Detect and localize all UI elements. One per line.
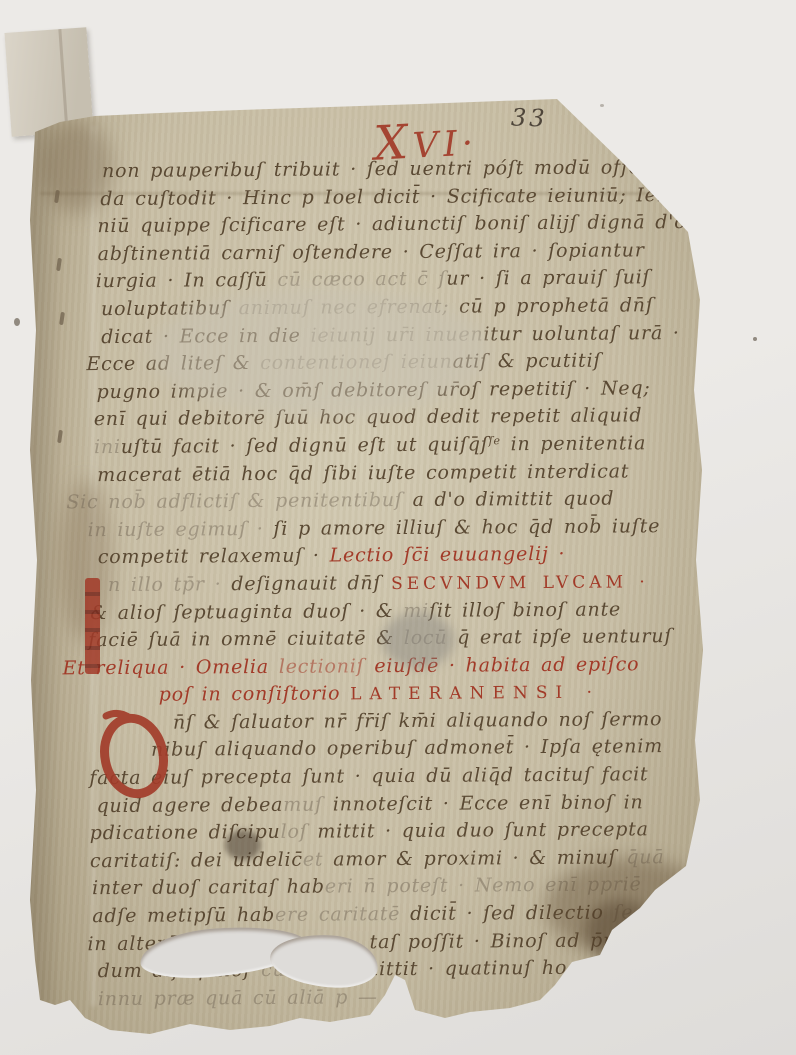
text-segment: innoteſcit · Ecce enī binoſ in (323, 791, 644, 815)
text-line: nibuſ aliquando operibuſ admonet̄ · Ipſa… (151, 735, 701, 766)
text-segment: ere caritatē (275, 903, 410, 926)
stitch-mark (57, 430, 63, 443)
text-segment: q̄ erat ipſe uenturuſ (457, 625, 672, 649)
initial-d (88, 704, 176, 800)
photo-background: 33 XVI· non pauperibuſ tribuit · ſed uen… (0, 0, 796, 1055)
dust-speck (600, 104, 604, 107)
text-segment: cū p prophetā dn̄ſ (449, 294, 653, 317)
binding-stub-fold (58, 29, 68, 133)
text-line: niū quippe ſcificare eſt · adiunctiſ bon… (97, 211, 697, 243)
text-segment: LATERANENSI · (350, 683, 600, 705)
stitch-mark (59, 312, 65, 325)
text-line: pdicatione diſcipuloſ mittit · quia duo … (90, 818, 702, 850)
text-segment: uſtū facit · ſed dignū eſt ut quiſq̄ſ (121, 433, 489, 458)
text-line: n̄ſ & ſaluator nr̄ fr̄iſ km̄i aliquando … (173, 708, 701, 739)
text-line: n illo tp̄r · deſignauit dn̄ſ SECVNDVM L… (108, 570, 700, 602)
text-segment: competit relaxemuſ · (98, 545, 330, 569)
text-segment: caritatiſ: dei uidelic̄ (90, 849, 303, 872)
text-segment: muſ (283, 793, 323, 815)
text-line: innu præ quā cū aliā p — ū (98, 984, 703, 1016)
text-segment: macerat ētiā hoc q̄d ſibi iuſte competit… (97, 460, 629, 486)
text-line: da cuſtodit · Hinc p Ioel dicit̄ · Scifi… (100, 184, 697, 216)
manuscript-leaf: 33 XVI· non pauperibuſ tribuit · ſed uen… (28, 96, 710, 1044)
dust-speck (14, 318, 20, 326)
text-segment: loſ (280, 821, 317, 843)
text-segment: n illo tp̄r · (108, 573, 222, 596)
text-segment: Lectio ſc̄i euuangelij · (330, 543, 566, 567)
text-line: poſ in conſiſtorio LATERANENSI · (159, 680, 701, 711)
text-line: quid agere debeamuſ innoteſcit · Ecce en… (96, 791, 701, 823)
text-segment: mittit · quatinuſ hoc nob̄ (360, 957, 636, 981)
text-segment: deſignauit dn̄ſ (221, 572, 391, 595)
text-segment: niū quippe ſcificare eſt · adiunctiſ bon… (97, 211, 686, 237)
text-segment: & alioſ ſeptuaginta duoſ · & (90, 599, 403, 623)
stitch-mark (56, 258, 62, 271)
text-segment: ini (94, 436, 121, 458)
text-segment: ſi p amore illiuſ & hoc q̄d nob̄ iuſte (264, 515, 661, 540)
text-segment: faciē ſuā in omnē ciuitatē & (88, 627, 404, 651)
text-segment: cep (632, 929, 669, 951)
text-segment: non pauperibuſ tribuit · ſed uentri póſt… (102, 156, 651, 182)
text-segment: ſit illoſ binoſ ante (429, 598, 621, 621)
text-segment: mittit · quia duo ſunt precepta (317, 819, 649, 843)
text-segment: abſtinentiā carniſ oſtendere · Ceſſat ir… (98, 239, 645, 265)
text-segment: ur · ſi a prauiſ ſuiſ (446, 267, 650, 290)
initial-d-letter (88, 704, 176, 800)
text-segment: iurgia · In caſſū (96, 269, 278, 292)
text-segment: inter duoſ caritaſ hab (92, 876, 325, 900)
text-line: iniuſtū facit · ſed dignū eſt ut quiſq̄ſ… (94, 432, 699, 464)
text-segment: SECVNDVM LVCAM · (391, 572, 649, 594)
text-segment: nibuſ aliquando operibuſ admonet̄ · Ipſa… (151, 736, 663, 762)
text-segment: a d'o dimittit quod (403, 488, 615, 511)
text-segment: itur uoluntaſ urā · (483, 322, 679, 345)
text-segment: innu præ quā cū aliā p — ū (98, 986, 401, 1010)
folio-number: 33 (511, 103, 549, 132)
text-segment: n̄ſ & ſaluator nr̄ fr̄iſ km̄i aliquando … (173, 708, 663, 733)
text-segment: Sic nob̄ adflictiſ & penitentibuſ (66, 489, 402, 513)
text-line: in iuſte egimuſ · ſi p amore illiuſ & ho… (88, 515, 700, 547)
ink-blot (225, 830, 261, 860)
dust-speck (753, 337, 757, 341)
text-line: non pauperibuſ tribuit · ſed uentri póſt… (102, 156, 697, 188)
text-segment: ſe (489, 434, 501, 447)
text-line: abſtinentiā carniſ oſtendere · Ceſſat ir… (98, 239, 698, 271)
stain-smudge (382, 612, 454, 668)
text-line: Et reliqua · Omelia lectioniſ eiuſdē · h… (62, 653, 700, 685)
text-line: iurgia · In caſſū cū cæco act c̄ ſur · ſ… (96, 266, 698, 298)
text-segment: poſ in conſiſtorio (159, 683, 351, 706)
stain-dark (585, 900, 657, 962)
text-segment: da cuſtodit · Hinc p Ioel dicit̄ · Scifi… (100, 184, 676, 210)
text-segment: lectioniſ (279, 655, 365, 678)
stain-erasure (150, 288, 490, 416)
text-segment: in iuſte egimuſ · (88, 518, 264, 541)
text-line: macerat ētiā hoc q̄d ſibi iuſte competit… (97, 459, 699, 491)
text-line: facta eiuſ precepta ſunt · quia dū aliq̄… (89, 763, 701, 795)
text-line: competit relaxemuſ · Lectio ſc̄i euuange… (98, 542, 700, 574)
text-segment: adſe metipſū hab (92, 904, 275, 927)
text-segment: et (303, 848, 324, 870)
text-segment: in penitentia (501, 432, 647, 455)
gospel-initial-i-ornament (85, 578, 100, 674)
text-line: Sic nob̄ adflictiſ & penitentibuſ a d'o … (66, 487, 699, 519)
text-segment: t̄ (636, 957, 645, 979)
